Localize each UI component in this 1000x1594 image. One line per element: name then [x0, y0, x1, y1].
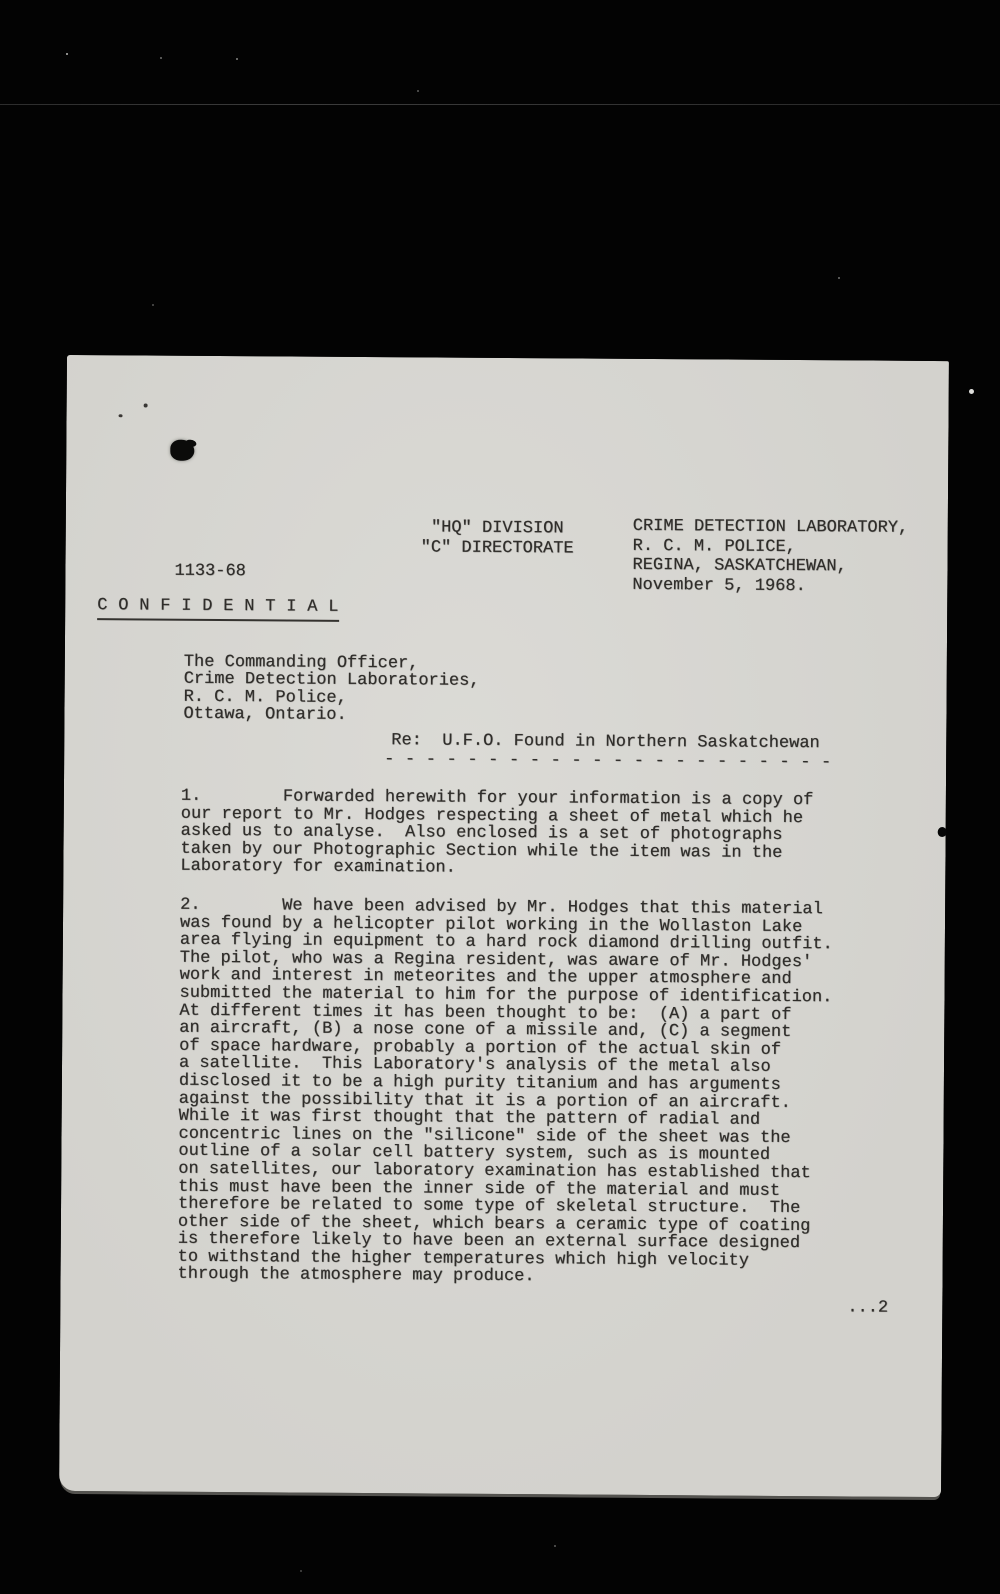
- document-page: "HQ" DIVISION "C" DIRECTORATE CRIME DETE…: [59, 355, 949, 1497]
- file-number: 1133-68: [174, 563, 246, 581]
- dust-speck: [300, 1570, 302, 1572]
- ink-blot-mark: [170, 440, 194, 461]
- ink-speck: [119, 414, 123, 417]
- laboratory-address-block: CRIME DETECTION LABORATORY, R. C. M. POL…: [632, 517, 908, 597]
- dust-speck: [236, 58, 238, 60]
- dust-speck: [66, 53, 68, 55]
- dust-speck: [152, 304, 154, 306]
- division-block: "HQ" DIVISION "C" DIRECTORATE: [421, 518, 574, 558]
- subject-underline: - - - - - - - - - - - - - - - - - - - - …: [384, 751, 831, 772]
- page-continuation-marker: ...2: [847, 1299, 888, 1317]
- body-paragraph-2: 2. We have been advised by Mr. Hodges th…: [177, 897, 833, 1289]
- body-paragraph-1: 1. Forwarded herewith for your informati…: [180, 788, 813, 880]
- dust-speck: [838, 277, 840, 279]
- scan-artifact-line: [0, 104, 1000, 105]
- ink-speck: [144, 403, 148, 407]
- dust-speck: [554, 1545, 556, 1547]
- scan-background: "HQ" DIVISION "C" DIRECTORATE CRIME DETE…: [0, 0, 1000, 1594]
- dust-speck: [417, 90, 419, 92]
- edge-notch-mark: [938, 827, 947, 837]
- dust-speck: [160, 57, 162, 59]
- classification-stamp: C O N F I D E N T I A L: [97, 597, 339, 621]
- addressee-block: The Commanding Officer, Crime Detection …: [183, 654, 479, 725]
- dust-speck: [969, 389, 974, 394]
